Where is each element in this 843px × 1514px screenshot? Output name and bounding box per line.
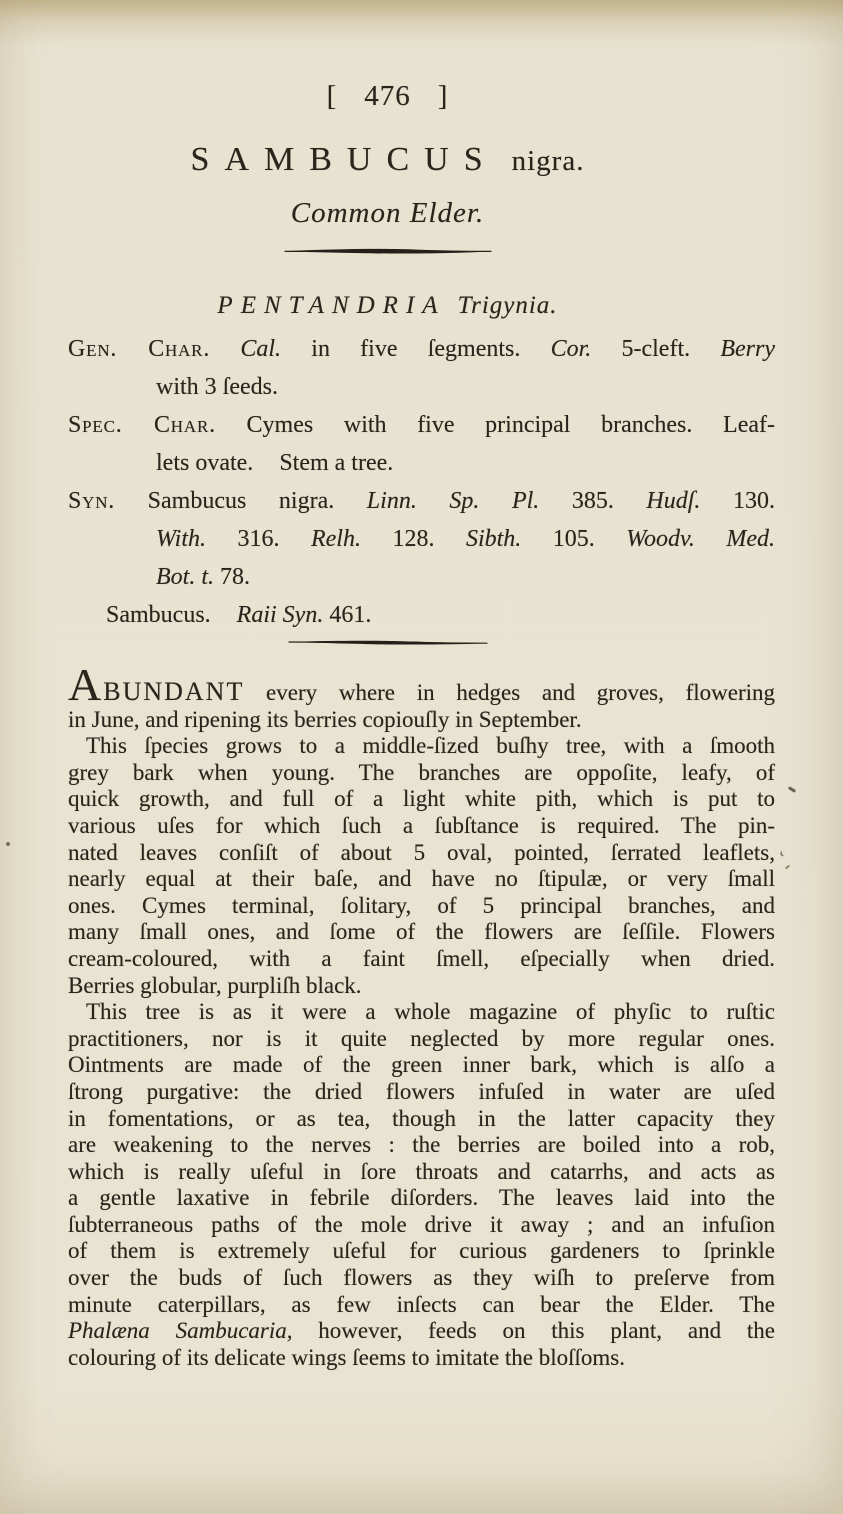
text-line: This ſpecies grows to a middle-ſized buſ… (68, 733, 775, 760)
ink-speck (6, 842, 10, 846)
text-line: ABUNDANT every where in hedges and grove… (68, 672, 775, 707)
text-line: of them is extremely uſeful for curious … (68, 1238, 775, 1265)
text-line: ſubterraneous paths of the mole drive it… (68, 1212, 775, 1239)
text-line: a gentle laxative in febrile diſorders. … (68, 1185, 775, 1212)
text-line: Sambucus.Raii Syn. 461. (68, 596, 775, 634)
character-entries: Gen. Char. Cal. in five ſegments. Cor. 5… (68, 330, 775, 634)
right-bracket: ] (438, 80, 449, 112)
ink-speck (785, 865, 790, 870)
text-line: practitioners, nor is it quite neglected… (68, 1026, 775, 1053)
genus-name: SAMBUCUS (191, 141, 498, 178)
left-bracket: [ (327, 80, 338, 112)
species-title: SAMBUCUSnigra. (34, 141, 741, 179)
paragraph-medical-uses: This tree is as it were a whole magazine… (68, 999, 775, 1371)
paragraph-abundance: ABUNDANT every where in hedges and grove… (68, 672, 775, 733)
text-line: Gen. Char. Cal. in five ſegments. Cor. 5… (68, 330, 775, 368)
text-line: lets ovate.Stem a tree. (68, 444, 775, 482)
description-text: ABUNDANT every where in hedges and grove… (68, 672, 775, 1371)
text-line: with 3 ſeeds. (68, 368, 775, 406)
synonyms-entry: Syn. Sambucus nigra. Linn. Sp. Pl. 385. … (68, 482, 775, 596)
order-name: Trigynia. (458, 292, 558, 319)
text-line: Bot. t. 78. (68, 558, 775, 596)
swelled-rule-bottom (34, 639, 741, 647)
linnaean-classification: PENTANDRIATrigynia. (34, 292, 741, 320)
text-line: Spec. Char. Cymes with five principal br… (68, 406, 775, 444)
text-line: grey bark when young. The branches are o… (68, 760, 775, 787)
ink-speck (779, 849, 789, 858)
scanned-book-page: [476] SAMBUCUSnigra. Common Elder. PENTA… (0, 0, 843, 1514)
text-line: minute caterpillars, as few inſects can … (68, 1292, 775, 1319)
text-line: nearly equal at their baſe, and have no … (68, 866, 775, 893)
text-line: ones. Cymes terminal, ſolitary, of 5 pri… (68, 893, 775, 920)
text-line: Phalæna Sambucaria, however, feeds on th… (68, 1318, 775, 1345)
text-line: many ſmall ones, and ſome of the flowers… (68, 919, 775, 946)
text-line: cream-coloured, with a faint ſmell, eſpe… (68, 946, 775, 973)
common-name: Common Elder. (34, 197, 741, 230)
text-line: nated leaves conſiſt of about 5 oval, po… (68, 840, 775, 867)
species-epithet: nigra. (512, 145, 585, 177)
text-line: colouring of its delicate wings ſeems to… (68, 1345, 775, 1372)
text-line: quick growth, and full of a light white … (68, 786, 775, 813)
class-name: PENTANDRIA (217, 292, 445, 319)
text-line: are weakening to the nerves : the berrie… (68, 1132, 775, 1159)
text-line: ſtrong purgative: the dried flowers infu… (68, 1079, 775, 1106)
text-line: Berries globular, purpliſh black. (68, 973, 775, 1000)
text-line: This tree is as it were a whole magazine… (68, 999, 775, 1026)
specific-character-entry: Spec. Char. Cymes with five principal br… (68, 406, 775, 482)
page-number-header: [476] (34, 80, 741, 113)
text-line: in June, and ripening its berries copiou… (68, 707, 775, 734)
raii-synopsis-reference: Sambucus.Raii Syn. 461. (68, 596, 775, 634)
text-line: various uſes for which ſuch a ſubſtance … (68, 813, 775, 840)
paragraph-botanical-description: This ſpecies grows to a middle-ſized buſ… (68, 733, 775, 999)
generic-character-entry: Gen. Char. Cal. in five ſegments. Cor. 5… (68, 330, 775, 406)
text-line: Syn. Sambucus nigra. Linn. Sp. Pl. 385. … (68, 482, 775, 520)
text-line: in fomentations, or as tea, though in th… (68, 1106, 775, 1133)
ink-speck (788, 786, 796, 793)
page-number: 476 (364, 80, 411, 112)
swelled-rule-top (34, 247, 741, 255)
text-line: over the buds of ſuch flowers as they wi… (68, 1265, 775, 1292)
text-line: which is really uſeful in ſore throats a… (68, 1159, 775, 1186)
text-line: With. 316. Relh. 128. Sibth. 105. Woodv.… (68, 520, 775, 558)
text-line: Ointments are made of the green inner ba… (68, 1052, 775, 1079)
